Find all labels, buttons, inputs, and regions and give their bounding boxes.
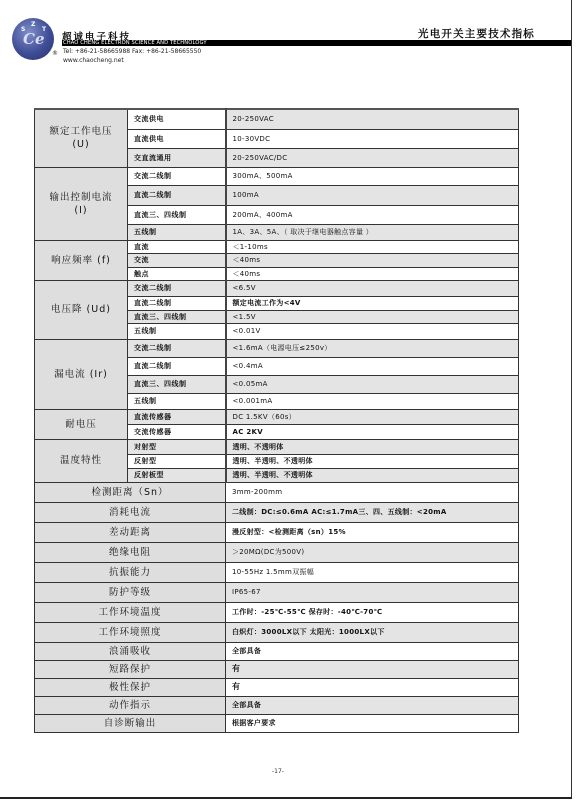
table-row: 工作环境照度 白炽灯：3000LX以下 太阳光：1000LX以下 <box>35 622 519 642</box>
sub-label: 直流 <box>128 240 226 253</box>
table-row: 温度特性 对射型 透明、不透明体 <box>35 439 519 454</box>
value-cell: 白炽灯：3000LX以下 太阳光：1000LX以下 <box>226 622 519 642</box>
value-cell: ＜40ms <box>226 253 519 267</box>
page-border-right <box>571 0 572 798</box>
table-row: 绝缘电阻 ＞20MΩ(DC为500V) <box>35 542 519 562</box>
value-cell: 10-55Hz 1.5mm双振幅 <box>226 562 519 582</box>
category-cell: 响应频率 (f) <box>35 240 128 280</box>
category-sublabel: (U) <box>35 138 127 151</box>
value-cell: 二线制：DC:≤0.6mA AC:≤1.7mA三、四、五线制：<20mA <box>226 502 519 522</box>
sub-label: 对射型 <box>128 439 226 454</box>
document-title: 光电开关主要技术指标 <box>418 26 535 41</box>
table-row: 检测距离（Sn） 3mm-200mm <box>35 482 519 502</box>
table-row: 漏电流 (Ir) 交流二线制 <1.6mA（电源电压≤250v） <box>35 339 519 357</box>
single-row-label: 消耗电流 <box>35 502 226 522</box>
sub-label: 五线制 <box>128 224 226 240</box>
value-cell: 10-30VDC <box>226 129 519 148</box>
contact-info: Tel: +86-21-58665988 Fax: +86-21-5866555… <box>63 48 201 55</box>
value-cell: ＞20MΩ(DC为500V) <box>226 542 519 562</box>
value-cell: 有 <box>226 678 519 696</box>
table-row: 差动距离 漫反射型：<检测距离（sn）15% <box>35 522 519 542</box>
sub-label: 直流二线制 <box>128 296 226 310</box>
logo-letter-z: Z <box>31 21 35 28</box>
table-row: 响应频率 (f) 直流 ＜1-10ms <box>35 240 519 253</box>
value-cell: 漫反射型：<检测距离（sn）15% <box>226 522 519 542</box>
sub-label: 直流二线制 <box>128 357 226 375</box>
sub-label: 五线制 <box>128 323 226 339</box>
single-row-label: 极性保护 <box>35 678 226 696</box>
table-row: 浪涌吸收 全部具备 <box>35 642 519 660</box>
value-cell: <0.01V <box>226 323 519 339</box>
category-cell: 温度特性 <box>35 439 128 482</box>
table-row: 额定工作电压 (U) 交流供电 20-250VAC <box>35 109 519 129</box>
value-cell: <6.5V <box>226 280 519 296</box>
sub-label: 交流传感器 <box>128 424 226 439</box>
table-row: 极性保护 有 <box>35 678 519 696</box>
table-row: 耐电压 直流传感器 DC 1.5KV（60s） <box>35 409 519 424</box>
value-cell: 工作时：-25℃-55℃ 保存时：-40℃-70℃ <box>226 602 519 622</box>
table-row: 短路保护 有 <box>35 660 519 678</box>
logo-monogram: Ce <box>23 30 43 48</box>
table-row: 动作指示 全部具备 <box>35 696 519 714</box>
single-row-label: 检测距离（Sn） <box>35 482 226 502</box>
value-cell: IP65-67 <box>226 582 519 602</box>
sub-label: 交直流通用 <box>128 148 226 167</box>
sub-label: 交流供电 <box>128 109 226 129</box>
category-label: 额定工作电压 <box>35 125 127 138</box>
category-cell: 漏电流 (Ir) <box>35 339 128 409</box>
value-cell: DC 1.5KV（60s） <box>226 409 519 424</box>
value-cell: <0.05mA <box>226 375 519 393</box>
value-cell: 20-250VAC/DC <box>226 148 519 167</box>
value-cell: <1.5V <box>226 310 519 323</box>
category-sublabel: (I) <box>35 204 127 217</box>
value-cell: 有 <box>226 660 519 678</box>
value-cell: 3mm-200mm <box>226 482 519 502</box>
single-row-label: 抗振能力 <box>35 562 226 582</box>
value-cell: <0.001mA <box>226 393 519 409</box>
value-cell: 透明、半透明、不透明体 <box>226 468 519 482</box>
single-row-label: 绝缘电阻 <box>35 542 226 562</box>
table-row: 防护等级 IP65-67 <box>35 582 519 602</box>
value-cell: <0.4mA <box>226 357 519 375</box>
single-row-label: 工作环境温度 <box>35 602 226 622</box>
website-link: www.chaocheng.net <box>63 57 124 64</box>
category-cell: 输出控制电流 (I) <box>35 167 128 240</box>
sub-label: 直流供电 <box>128 129 226 148</box>
category-cell: 电压降 (Ud) <box>35 280 128 339</box>
page-border-bottom <box>0 797 572 799</box>
category-cell: 耐电压 <box>35 409 128 439</box>
value-cell: 透明、不透明体 <box>226 439 519 454</box>
spec-table: 额定工作电压 (U) 交流供电 20-250VAC 直流供电 10-30VDC … <box>34 108 519 733</box>
sub-label: 直流三、四线制 <box>128 375 226 393</box>
value-cell: 透明、半透明、不透明体 <box>226 454 519 468</box>
value-cell: 200mA、400mA <box>226 205 519 224</box>
sub-label: 触点 <box>128 267 226 280</box>
value-cell: AC 2KV <box>226 424 519 439</box>
single-row-label: 差动距离 <box>35 522 226 542</box>
sub-label: 交流二线制 <box>128 280 226 296</box>
sub-label: 反射型 <box>128 454 226 468</box>
single-row-label: 浪涌吸收 <box>35 642 226 660</box>
category-cell: 额定工作电压 (U) <box>35 109 128 167</box>
sub-label: 直流三、四线制 <box>128 310 226 323</box>
category-label: 输出控制电流 <box>35 191 127 204</box>
sub-label: 交流二线制 <box>128 167 226 185</box>
single-row-label: 工作环境照度 <box>35 622 226 642</box>
sub-label: 直流二线制 <box>128 185 226 205</box>
company-name-en: CHAO CHENG ELECTRON SCIENCE AND TECHNOLO… <box>63 40 207 46</box>
single-row-label: 防护等级 <box>35 582 226 602</box>
table-row: 自诊断输出 根据客户要求 <box>35 714 519 732</box>
value-cell: 全部具备 <box>226 642 519 660</box>
value-cell: 20-250VAC <box>226 109 519 129</box>
sub-label: 直流传感器 <box>128 409 226 424</box>
value-cell: 1A、3A、5A、（ 取决于继电器触点容量 ） <box>226 224 519 240</box>
value-cell: ＜1-10ms <box>226 240 519 253</box>
sub-label: 反射板型 <box>128 468 226 482</box>
sub-label: 交流 <box>128 253 226 267</box>
table-row: 抗振能力 10-55Hz 1.5mm双振幅 <box>35 562 519 582</box>
sub-label: 交流二线制 <box>128 339 226 357</box>
value-cell: <1.6mA（电源电压≤250v） <box>226 339 519 357</box>
value-cell: 根据客户要求 <box>226 714 519 732</box>
company-logo: S Z T Ce <box>12 18 54 60</box>
registered-trademark-icon: ® <box>52 50 58 57</box>
single-row-label: 动作指示 <box>35 696 226 714</box>
value-cell: 额定电流工作为<4V <box>226 296 519 310</box>
value-cell: ＜40ms <box>226 267 519 280</box>
table-row: 消耗电流 二线制：DC:≤0.6mA AC:≤1.7mA三、四、五线制：<20m… <box>35 502 519 522</box>
single-row-label: 短路保护 <box>35 660 226 678</box>
value-cell: 300mA、500mA <box>226 167 519 185</box>
table-row: 输出控制电流 (I) 交流二线制 300mA、500mA <box>35 167 519 185</box>
sub-label: 直流三、四线制 <box>128 205 226 224</box>
table-row: 工作环境温度 工作时：-25℃-55℃ 保存时：-40℃-70℃ <box>35 602 519 622</box>
value-cell: 全部具备 <box>226 696 519 714</box>
sub-label: 五线制 <box>128 393 226 409</box>
single-row-label: 自诊断输出 <box>35 714 226 732</box>
table-row: 电压降 (Ud) 交流二线制 <6.5V <box>35 280 519 296</box>
page-number: -17- <box>272 768 284 775</box>
value-cell: 100mA <box>226 185 519 205</box>
